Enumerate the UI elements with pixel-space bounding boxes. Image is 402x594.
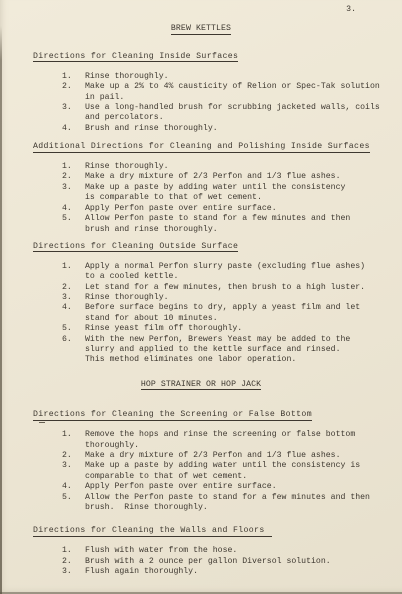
- item-text: With the new Perfon, Brewers Yeast may b…: [85, 335, 350, 366]
- list-item: 4.Apply Perfon paste over entire surface…: [0, 204, 402, 214]
- document-subtitle: HOP STRAINER OR HOP JACK: [0, 380, 402, 390]
- document-title: BREW KETTLES: [0, 24, 402, 34]
- list-item: 1.Apply a normal Perfon slurry paste (ex…: [0, 262, 402, 283]
- item-number: 3.: [62, 103, 85, 124]
- section-heading: Directions for Cleaning Outside Surface: [33, 242, 402, 252]
- section-cleaning-outside-surface: Directions for Cleaning Outside Surface …: [0, 242, 402, 366]
- list-item: 5.Rinse yeast film off thoroughly.: [0, 324, 402, 334]
- item-text: Use a long-handled brush for scrubbing j…: [85, 103, 380, 124]
- numbered-list: 1.Rinse thoroughly.2.Make up a 2% to 4% …: [0, 72, 402, 134]
- item-text: Make a dry mixture of 2/3 Perfon and 1/3…: [85, 172, 341, 182]
- document-title-text: BREW KETTLES: [171, 24, 231, 35]
- section-cleaning-polishing-inside-surfaces: Additional Directions for Cleaning and P…: [0, 142, 402, 235]
- section-cleaning-screening-false-bottom: Directions for Cleaning the Screening or…: [0, 410, 402, 513]
- document-subtitle-text: HOP STRAINER OR HOP JACK: [141, 380, 261, 391]
- item-text: Let stand for a few minutes, then brush …: [85, 283, 365, 293]
- list-item: 2.Make a dry mixture of 2/3 Perfon and 1…: [0, 451, 402, 461]
- list-item: 3.Flush again thoroughly.: [0, 567, 402, 577]
- item-number: 2.: [62, 451, 85, 461]
- list-item: 4.Before surface begins to dry, apply a …: [0, 303, 402, 324]
- list-item: 1.Flush with water from the hose.: [0, 546, 402, 556]
- item-text: Rinse thoroughly.: [85, 293, 169, 303]
- item-number: 5.: [62, 324, 85, 334]
- item-number: 2.: [62, 557, 85, 567]
- list-item: 4.Apply Perfon paste over entire surface…: [0, 482, 402, 492]
- list-item: 3.Make up a paste by adding water until …: [0, 183, 402, 204]
- item-text: Brush and rinse thoroughly.: [85, 124, 218, 134]
- list-item: 3.Rinse thoroughly.: [0, 293, 402, 303]
- item-number: 1.: [62, 262, 85, 283]
- item-text: Make up a 2% to 4% causticity of Relion …: [85, 82, 380, 103]
- item-text: Rinse yeast film off thoroughly.: [85, 324, 242, 334]
- item-number: 5.: [62, 214, 85, 235]
- item-number: 5.: [62, 493, 85, 514]
- list-item: 2.Let stand for a few minutes, then brus…: [0, 283, 402, 293]
- section-cleaning-inside-surfaces: Directions for Cleaning Inside Surfaces …: [0, 52, 402, 134]
- item-number: 3.: [62, 293, 85, 303]
- list-item: 2.Make a dry mixture of 2/3 Perfon and 1…: [0, 172, 402, 182]
- item-text: Make up a paste by adding water until th…: [85, 461, 360, 482]
- scan-edge-left: [0, 26, 2, 594]
- list-item: 5.Allow Perfon paste to stand for a few …: [0, 214, 402, 235]
- list-item: 3.Make up a paste by adding water until …: [0, 461, 402, 482]
- page-number: 3.: [0, 0, 402, 15]
- list-item: 1.Remove the hops and rinse the screenin…: [0, 430, 402, 451]
- list-item: 4.Brush and rinse thoroughly.: [0, 124, 402, 134]
- item-number: 1.: [62, 546, 85, 556]
- item-number: 6.: [62, 335, 85, 366]
- item-number: 2.: [62, 172, 85, 182]
- item-number: 4.: [62, 204, 85, 214]
- list-item: 3.Use a long-handled brush for scrubbing…: [0, 103, 402, 124]
- item-number: 4.: [62, 303, 85, 324]
- item-number: 1.: [62, 430, 85, 451]
- list-item: 6.With the new Perfon, Brewers Yeast may…: [0, 335, 402, 366]
- item-number: 4.: [62, 482, 85, 492]
- item-text: Make a dry mixture of 2/3 Perfon and 1/3…: [85, 451, 341, 461]
- item-number: 4.: [62, 124, 85, 134]
- item-text: Apply Perfon paste over entire surface.: [85, 204, 277, 214]
- item-text: Make up a paste by adding water until th…: [85, 183, 345, 204]
- item-text: Allow Perfon paste to stand for a few mi…: [85, 214, 350, 235]
- numbered-list: 1.Rinse thoroughly.2.Make a dry mixture …: [0, 162, 402, 235]
- item-text: Brush with a 2 ounce per gallon Diversol…: [85, 557, 331, 567]
- numbered-list: 1.Remove the hops and rinse the screenin…: [0, 430, 402, 513]
- item-number: 1.: [62, 162, 85, 172]
- list-item: 5.Allow the Perfon paste to stand for a …: [0, 493, 402, 514]
- section-cleaning-walls-and-floors: Directions for Cleaning the Walls and Fl…: [0, 526, 402, 577]
- section-heading: Directions for Cleaning the Screening or…: [33, 410, 402, 420]
- list-item: 1.Rinse thoroughly.: [0, 162, 402, 172]
- scanned-document-page: 3. BREW KETTLES Directions for Cleaning …: [0, 0, 402, 594]
- item-number: 3.: [62, 567, 85, 577]
- item-text: Flush again thoroughly.: [85, 567, 198, 577]
- numbered-list: 1.Flush with water from the hose.2.Brush…: [0, 546, 402, 577]
- item-text: Apply a normal Perfon slurry paste (excl…: [85, 262, 365, 283]
- section-heading: Directions for Cleaning Inside Surfaces: [33, 52, 402, 62]
- item-number: 2.: [62, 82, 85, 103]
- section-heading: Directions for Cleaning the Walls and Fl…: [33, 526, 402, 536]
- item-text: Before surface begins to dry, apply a ye…: [85, 303, 360, 324]
- list-item: 2.Brush with a 2 ounce per gallon Divers…: [0, 557, 402, 567]
- list-item: 1.Rinse thoroughly.: [0, 72, 402, 82]
- item-number: 3.: [62, 461, 85, 482]
- item-text: Apply Perfon paste over entire surface.: [85, 482, 277, 492]
- section-heading: Additional Directions for Cleaning and P…: [33, 142, 402, 152]
- list-item: 2.Make up a 2% to 4% causticity of Relio…: [0, 82, 402, 103]
- item-number: 2.: [62, 283, 85, 293]
- item-text: Allow the Perfon paste to stand for a fe…: [85, 493, 370, 514]
- item-text: Flush with water from the hose.: [85, 546, 237, 556]
- item-number: 3.: [62, 183, 85, 204]
- item-text: Rinse thoroughly.: [85, 162, 169, 172]
- item-text: Rinse thoroughly.: [85, 72, 169, 82]
- stray-ink-mark: [39, 422, 45, 423]
- numbered-list: 1.Apply a normal Perfon slurry paste (ex…: [0, 262, 402, 366]
- item-text: Remove the hops and rinse the screening …: [85, 430, 355, 451]
- item-number: 1.: [62, 72, 85, 82]
